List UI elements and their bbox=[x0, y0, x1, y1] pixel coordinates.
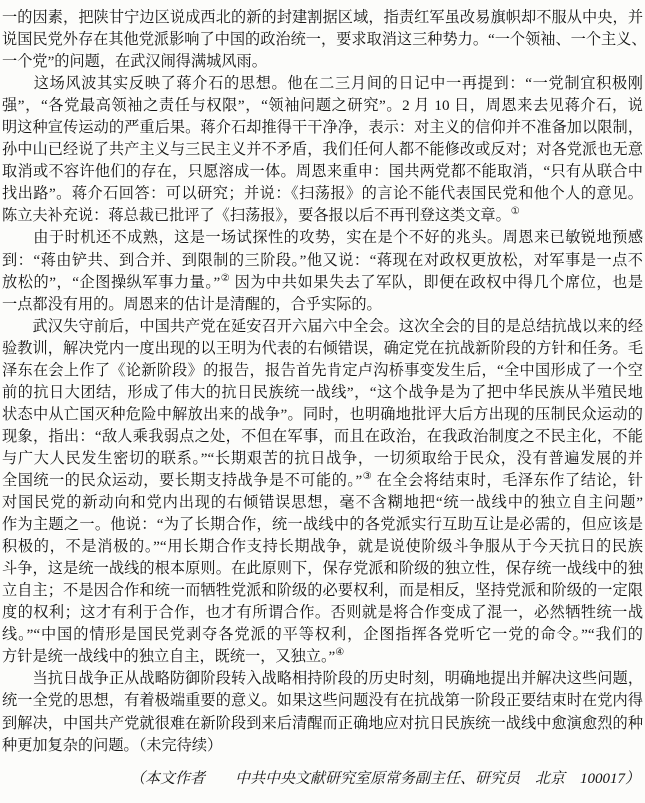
text-line: 斗争，这是统一战线的根本原则。在此原则下，保存党派和阶级的独立性，保存统一战线中… bbox=[2, 558, 643, 580]
text-line: 统一全党的思想，有着极端重要的意义。如果这些问题没有在抗战第一阶段正要结束时在党… bbox=[2, 690, 643, 712]
text-line: 说国民党外存在其他党派影响了中国的政治统一，要求取消这三种势力。“一个领袖、一个… bbox=[2, 29, 643, 51]
text-line: 验教训，解决党内一度出现的以王明为代表的右倾错误，确定党在抗战新阶段的方针和任务… bbox=[2, 338, 643, 360]
text-line: 立自主；不是因合作和统一而牺牲党派和阶级的必要权利，而是相反，坚持党派和阶级的一… bbox=[2, 580, 643, 602]
footnote-ref: ② bbox=[220, 273, 230, 284]
text-line: 状态中从亡国灭种危险中解放出来的战争”。同时，也明确地批评大后方出现的压制民众运… bbox=[2, 404, 643, 426]
byline: （本文作者 中共中央文献研究室原常务副主任、研究员 北京 100017） bbox=[2, 768, 643, 790]
text-line: 度的权利；这才有利于合作，也才有所谓合作。否则就是将合作变成了混一，必然牺牲统一… bbox=[2, 602, 643, 624]
text-line: 对国民党的新动向和党内出现的右倾错误思想，毫不含糊地把“统一战线中的独立自主问题… bbox=[2, 492, 643, 514]
text-line: 放松的”，“企图操纵军事力量。”② 因为中共如果失去了军队，即便在政权中得几个席… bbox=[2, 272, 643, 294]
text-line: 找出路”。蒋介石回答：可以研究；并说：《扫荡报》的言论不能代表国民党和他个人的意… bbox=[2, 183, 643, 205]
body-text: 一的因素，把陕甘宁边区说成西北的新的封建割据区域，指责红军虽改易旗帜却不服从中央… bbox=[2, 7, 643, 757]
text-line: 陈立夫补充说：蒋总裁已批评了《扫荡报》，要各报以后不再刊登这类文章。① bbox=[2, 205, 643, 227]
text-line: 明这种宣传运动的严重后果。蒋介石却推得干干净净，表示：对主义的信仰并不准备加以限… bbox=[2, 117, 643, 139]
footnote-ref: ④ bbox=[335, 647, 344, 658]
text-line: 积极的，不是消极的。”“用长期合作支持长期战争，就是说使阶级斗争服从于今天抗日的… bbox=[2, 536, 643, 558]
text-line: 现象，指出：“敌人乘我弱点之处，不但在军事，而且在政治，在我政治制度之不民主化，… bbox=[2, 426, 643, 448]
text-line: 线。”“中国的情形是国民党剥夺各党派的平等权利，企图指挥各党听它一党的命令。”“… bbox=[2, 624, 643, 646]
text-line: 强”，“各党最高领袖之责任与权限”，“领袖问题之研究”。2 月 10 日，周恩来… bbox=[2, 95, 643, 117]
footnote-ref: ③ bbox=[362, 471, 372, 482]
text-line: 当抗日战争正从战略防御阶段转入战略相持阶段的历史时刻，明确地提出并解决这些问题， bbox=[2, 668, 643, 690]
text-line: 一的因素，把陕甘宁边区说成西北的新的封建割据区域，指责红军虽改易旗帜却不服从中央… bbox=[2, 7, 643, 29]
text-line: 种更加复杂的问题。（未完待续） bbox=[2, 735, 643, 757]
text-line: 全国统一的民众运动，要长期支持战争是不可能的。”③ 在全会将结束时，毛泽东作了结… bbox=[2, 470, 643, 492]
text-line: 方针是统一战线中的独立自主，既统一，又独立。”④ bbox=[2, 646, 643, 668]
text-line: 泽东在会上作了《论新阶段》的报告，报告首先肯定卢沟桥事变发生后，“全中国形成了一… bbox=[2, 360, 643, 382]
text-line: 前的抗日大团结，形成了伟大的抗日民族统一战线”，“这个战争是为了把中华民族从半殖… bbox=[2, 382, 643, 404]
text-line: 到：“蒋由铲共、到合并、到限制的三阶段。”他又说：“蒋现在对政权更放松，对军事是… bbox=[2, 250, 643, 272]
footnote-ref: ① bbox=[511, 206, 520, 217]
text-line: 作为主题之一。他说：“为了长期合作，统一战线中的各党派实行互助互让是必需的，但应… bbox=[2, 514, 643, 536]
text-line: 武汉失守前后，中国共产党在延安召开六届六中全会。这次全会的目的是总结抗战以来的经 bbox=[2, 316, 643, 338]
text-line: 孙中山已经说了共产主义与三民主义并不矛盾，我们任何人都不能修改或反对；对各党派也… bbox=[2, 139, 643, 161]
text-line: 一个党”的问题，在武汉闹得满城风雨。 bbox=[2, 51, 643, 73]
document-page: 一的因素，把陕甘宁边区说成西北的新的封建割据区域，指责红军虽改易旗帜却不服从中央… bbox=[0, 0, 645, 803]
text-line: 一点都没有用的。周恩来的估计是清醒的，合乎实际的。 bbox=[2, 294, 643, 316]
text-line: 取消或不容许他们的存在，只愿溶成一体。周恩来重申：国共两党都不能取消，“只有从联… bbox=[2, 161, 643, 183]
text-line: 与广大人民发生密切的联系。”“长期艰苦的抗日战争，一切须取给于民众，没有普遍发展… bbox=[2, 448, 643, 470]
text-line: 到解决，中国共产党就很难在新阶段到来后清醒而正确地应对抗日民族统一战线中愈演愈烈… bbox=[2, 713, 643, 735]
text-line: 由于时机还不成熟，这是一场试探性的攻势，实在是个不好的兆头。周恩来已敏锐地预感 bbox=[2, 227, 643, 249]
text-line: 这场风波其实反映了蒋介石的思想。他在二三月间的日记中一再提到：“一党制宜积极刚 bbox=[2, 73, 643, 95]
